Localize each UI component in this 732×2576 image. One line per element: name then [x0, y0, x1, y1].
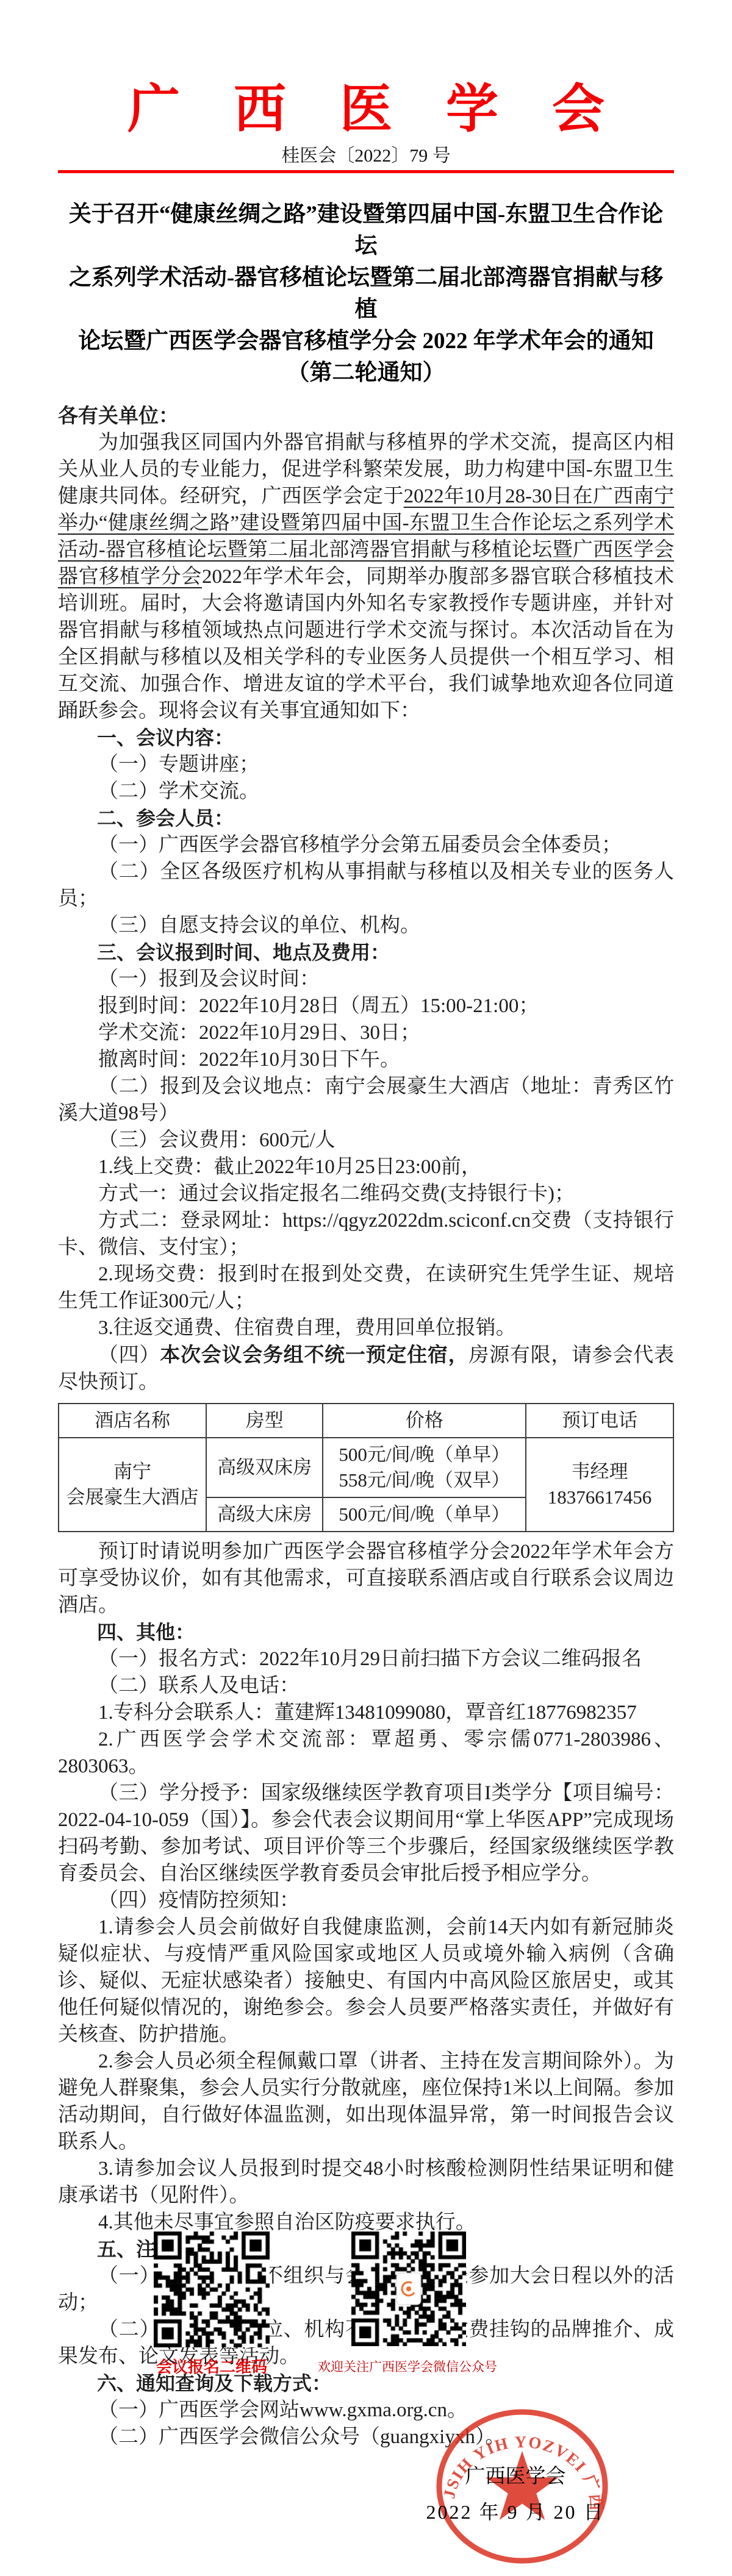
hotel-name-line1: 南宁 — [62, 1459, 203, 1485]
list-item: 学术交流：2022年10月29日、30日； — [58, 1019, 674, 1046]
document-number: 桂医会〔2022〕79 号 — [0, 144, 732, 168]
list-item: （三）会议费用：600元/人 — [58, 1127, 674, 1154]
hotel-table-header-row: 酒店名称 房型 价格 预订电话 — [59, 1404, 673, 1438]
letterhead-org-title: 广西医学会 — [0, 78, 732, 140]
contact-name: 韦经理 — [529, 1459, 670, 1485]
list-item: （一）报到及会议时间： — [58, 966, 674, 993]
wechat-qr-label: 欢迎关注广西医学会微信公众号 — [301, 2357, 514, 2375]
document-title-line: 关于召开“健康丝绸之路”建设暨第四届中国-东盟卫生合作论坛 — [58, 199, 674, 262]
accommodation-note-item: （四）本次会议会务组不统一预定住宿，房源有限，请参会代表尽快预订。 — [58, 1341, 674, 1396]
list-item-text: （四） — [98, 1344, 160, 1366]
hotel-name-header: 酒店名称 — [59, 1404, 206, 1438]
document-body: 各有关单位： 为加强我区同国内外器官捐献与移植界的学术交流，提高区内相关从业人员… — [58, 402, 674, 2450]
list-item: 2.参会人员必须全程佩戴口罩（讲者、主持在发言期间除外）。为避免人群聚集，参会人… — [58, 2048, 674, 2155]
signature-block: 广西医学会 2022 年 9 月 20 日 — [400, 2463, 631, 2525]
notice-document-page: 广西医学会 桂医会〔2022〕79 号 关于召开“健康丝绸之路”建设暨第四届中国… — [0, 0, 732, 2576]
accommodation-bold-text: 本次会议会务组不统一预定住宿， — [160, 1343, 468, 1366]
list-item: 报到时间：2022年10月28日（周五）15:00-21:00； — [58, 993, 674, 1019]
price-line: 558元/间/晚（双早） — [326, 1468, 523, 1493]
registration-qr-label: 会议报名二维码 — [135, 2355, 288, 2377]
contact-phone: 18376617456 — [529, 1485, 670, 1510]
signature-date: 2022 年 9 月 20 日 — [400, 2499, 631, 2525]
list-item: （二）全区各级医疗机构从事捐献与移植以及相关专业的医务人员； — [58, 858, 674, 912]
list-item: 2.现场交费：报到时在报到处交费，在读研究生凭学生证、规培生凭工作证300元/人… — [58, 1261, 674, 1315]
list-item: （四）疫情防控须知： — [58, 1887, 674, 1914]
section-4-heading: 四、其他： — [58, 1619, 674, 1646]
document-title-line: 论坛暨广西医学会器官移植学分会 2022 年学术年会的通知 — [58, 326, 674, 357]
hotel-table-row: 南宁 会展豪生大酒店 高级双床房 500元/间/晚（单早） 558元/间/晚（双… — [59, 1438, 673, 1497]
salutation: 各有关单位： — [58, 402, 674, 429]
room-type-cell: 高级大床房 — [206, 1497, 323, 1532]
list-item: （二）报到及会议地点：南宁会展豪生大酒店（地址：青秀区竹溪大道98号） — [58, 1073, 674, 1127]
list-item: 方式二：登录网址：https://qgyz2022dm.sciconf.cn交费… — [58, 1207, 674, 1261]
list-item: 2.广西医学会学术交流部：覃超勇、零宗儒0771-2803986、2803063… — [58, 1726, 674, 1780]
price-cell: 500元/间/晚（单早） 558元/间/晚（双早） — [323, 1438, 526, 1497]
list-item: （一）广西医学会器官移植学分会第五届委员会全体委员； — [58, 832, 674, 858]
list-item: （一）报名方式：2022年10月29日前扫描下方会议二维码报名 — [58, 1646, 674, 1672]
document-title-line: 之系列学术活动-器官移植论坛暨第二届北部湾器官捐献与移植 — [58, 262, 674, 326]
list-item: 方式一：通过会议指定报名二维码交费(支持银行卡)； — [58, 1180, 674, 1207]
list-item: （三）学分授予：国家级继续医学教育项目I类学分【项目编号：2022-04-10-… — [58, 1780, 674, 1887]
hotel-name-cell: 南宁 会展豪生大酒店 — [59, 1438, 206, 1532]
section-2-heading: 二、参会人员： — [58, 805, 674, 832]
registration-qr-code — [154, 2232, 270, 2347]
price-cell: 500元/间/晚（单早） — [323, 1497, 526, 1532]
phone-header: 预订电话 — [526, 1404, 673, 1438]
intro-paragraph: 为加强我区同国内外器官捐献与移植界的学术交流，提高区内相关从业人员的专业能力，促… — [58, 429, 674, 724]
list-item: 撤离时间：2022年10月30日下午。 — [58, 1046, 674, 1073]
list-item: 1.请参会人员会前做好自我健康监测，会前14天内如有新冠肺炎疑似症状、与疫情严重… — [58, 1914, 674, 2048]
document-title-line: （第二轮通知） — [58, 357, 674, 389]
list-item: （一）专题讲座； — [58, 751, 674, 778]
hotel-name-line2: 会展豪生大酒店 — [62, 1485, 203, 1510]
list-item: （二）学术交流。 — [58, 778, 674, 805]
section-3-heading: 三、会议报到时间、地点及费用： — [58, 939, 674, 966]
price-line: 500元/间/晚（单早） — [326, 1442, 523, 1468]
wechat-official-account-qr-code — [351, 2232, 466, 2346]
document-title: 关于召开“健康丝绸之路”建设暨第四届中国-东盟卫生合作论坛 之系列学术活动-器官… — [58, 199, 674, 389]
price-header: 价格 — [323, 1404, 526, 1438]
list-item: （二）联系人及电话： — [58, 1672, 674, 1699]
section-1-heading: 一、会议内容： — [58, 724, 674, 751]
list-item: 1.专科分会联系人：董建辉13481099080，覃音红18776982357 — [58, 1699, 674, 1726]
list-item: 3.请参加会议人员报到时提交48小时核酸检测阴性结果证明和健康承诺书（见附件）。 — [58, 2155, 674, 2209]
list-item: 3.往返交通费、住宿费自理，费用回单位报销。 — [58, 1315, 674, 1341]
booking-phone-cell: 韦经理 18376617456 — [526, 1438, 673, 1532]
hotel-table: 酒店名称 房型 价格 预订电话 南宁 会展豪生大酒店 高级双床房 500元/间/… — [58, 1403, 674, 1532]
room-type-cell: 高级双床房 — [206, 1438, 323, 1497]
signature-org: 广西医学会 — [400, 2463, 631, 2490]
letterhead-red-rule — [58, 170, 674, 173]
list-item: （三）自愿支持会议的单位、机构。 — [58, 912, 674, 939]
hotel-booking-note: 预订时请说明参加广西医学会器官移植学分会2022年学术年会方可享受协议价，如有其… — [58, 1538, 674, 1619]
list-item: 1.线上交费：截止2022年10月25日23:00前， — [58, 1154, 674, 1180]
room-type-header: 房型 — [206, 1404, 323, 1438]
intro-text: 2022年学术年会，同期举办腹部多器官联合移植技术培训班。届时，大会将邀请国内外… — [58, 566, 674, 722]
